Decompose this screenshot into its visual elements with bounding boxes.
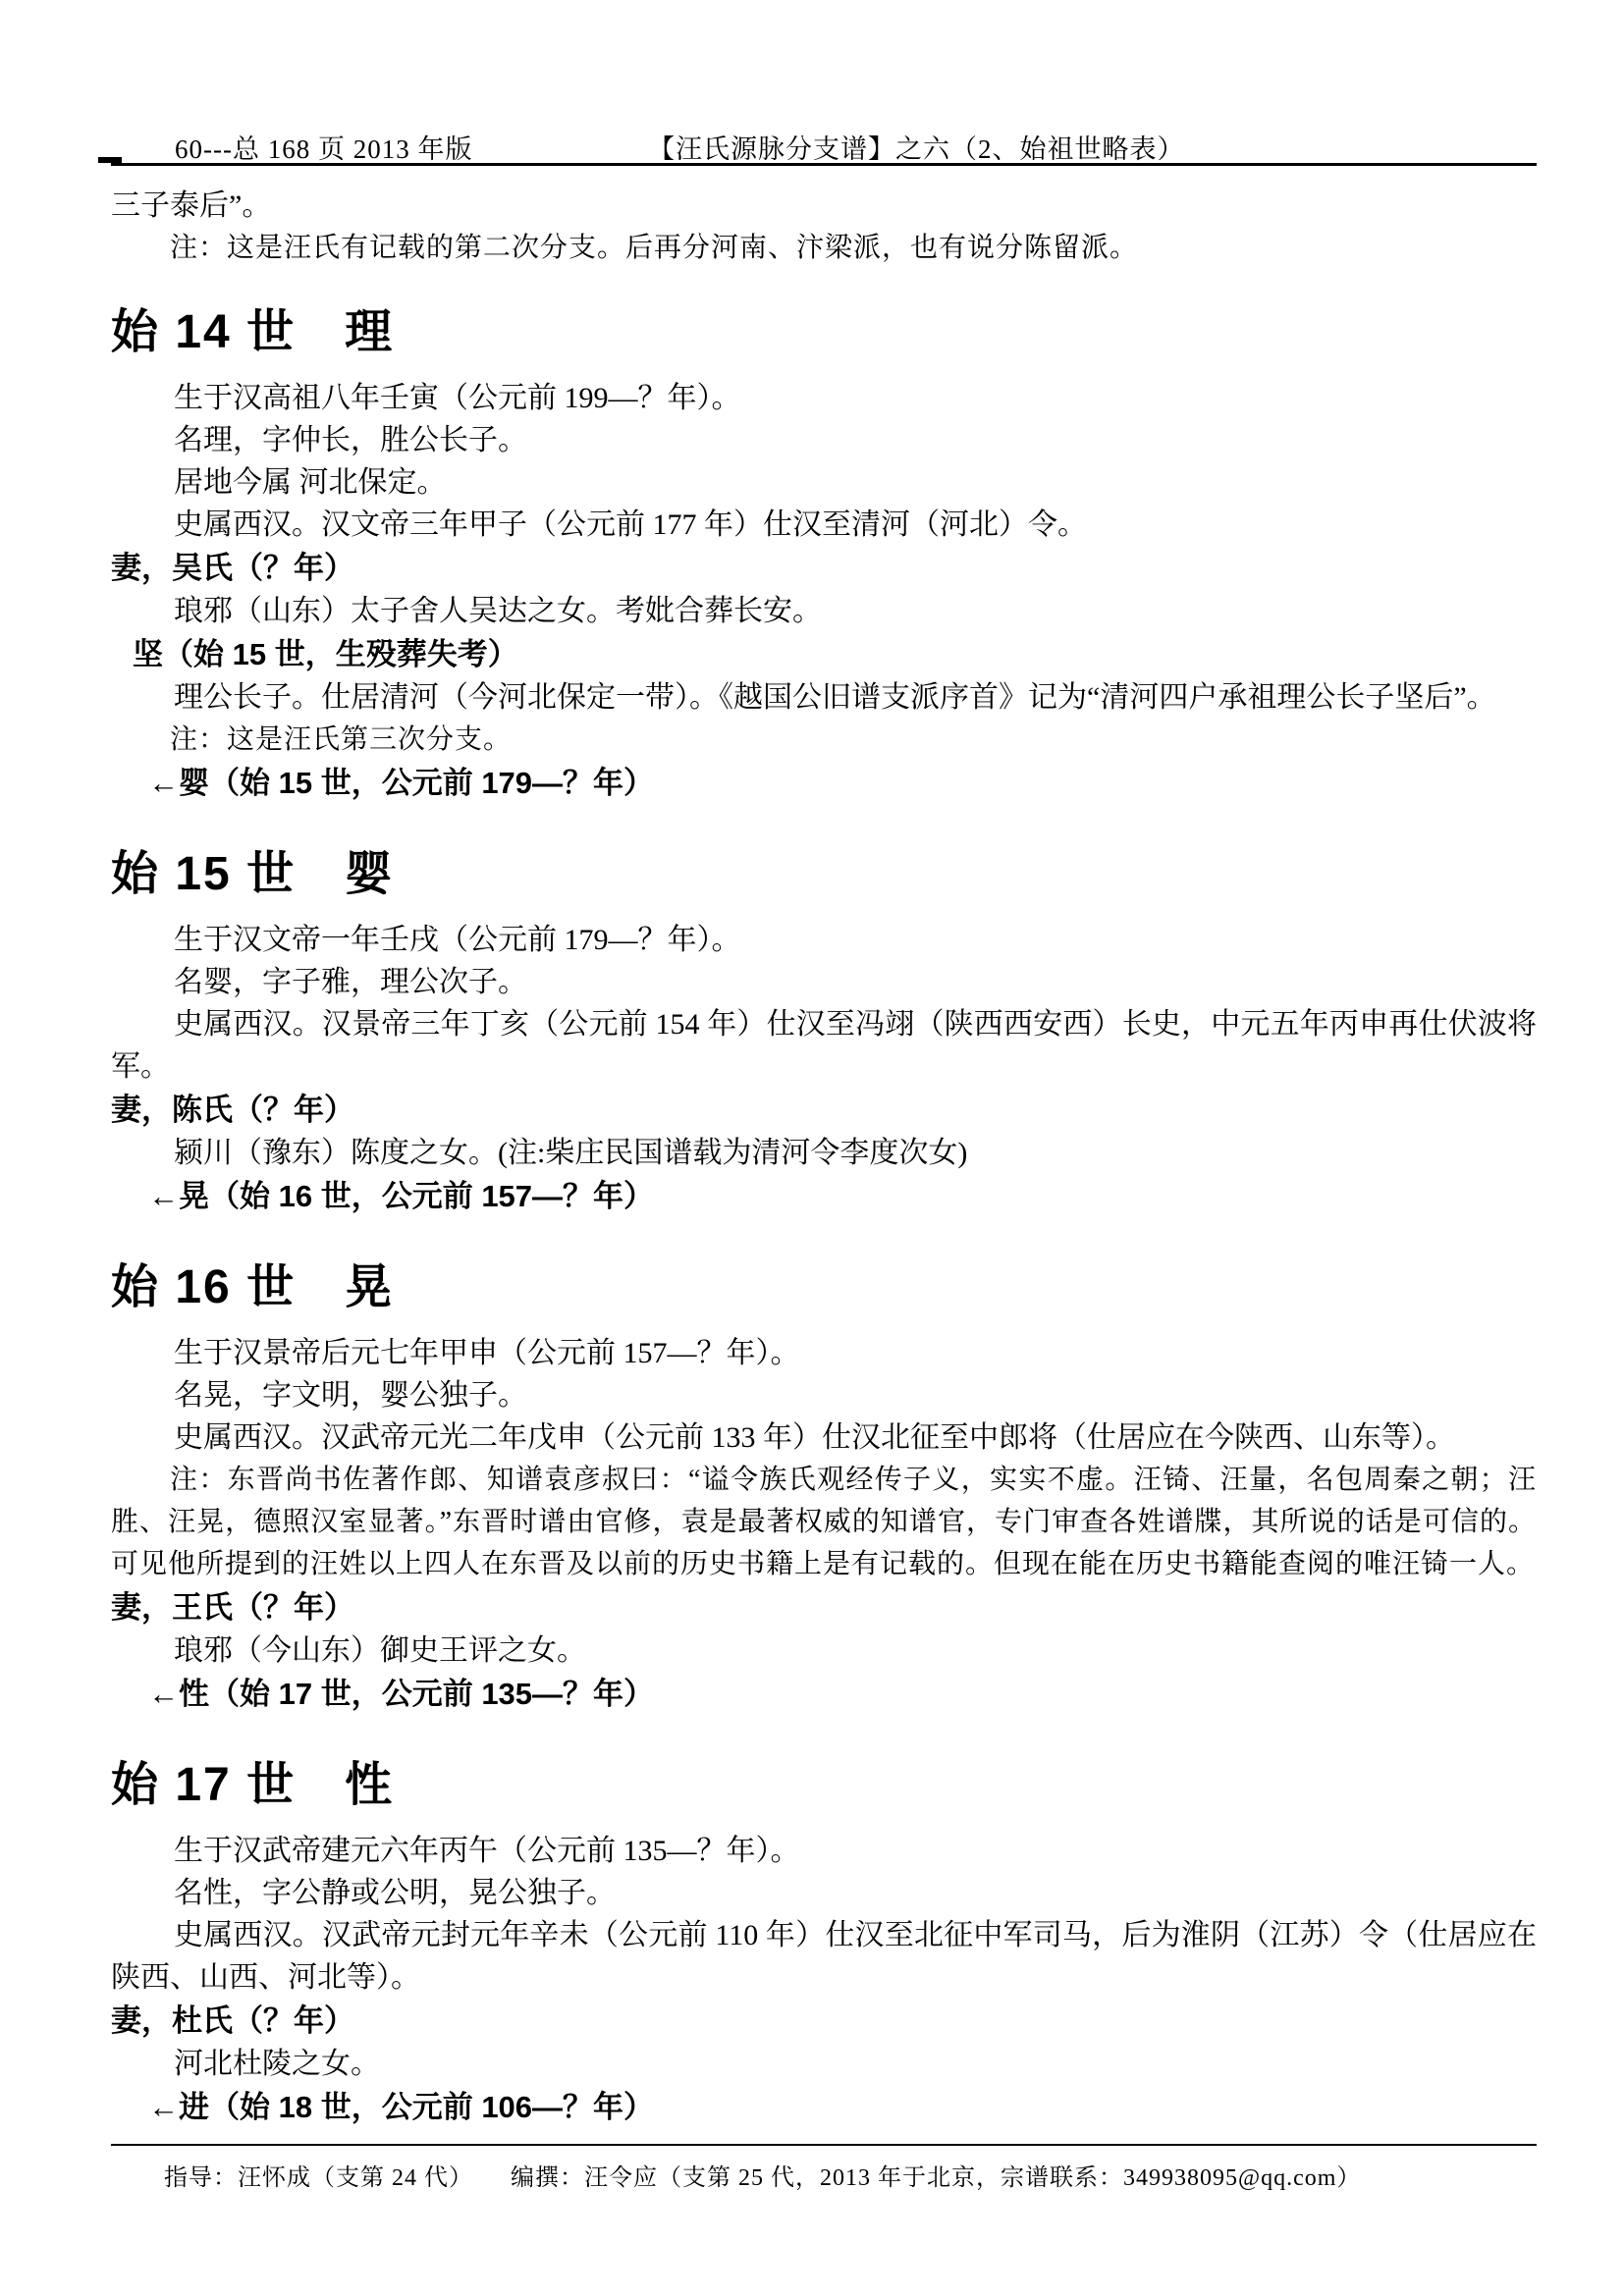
heir-line: ←晃（始 16 世，公元前 157—？年） (111, 1174, 1537, 1218)
name-line: 名婴，字子雅，理公次子。 (111, 961, 1537, 1003)
wife-detail-line: 颍川（豫东）陈度之女。(注:柴庄民国谱载为清河令李度次女) (111, 1132, 1537, 1174)
child-heading: 坚（始 15 世，生殁葬失考） (111, 632, 1537, 676)
generation-section-15: 始 15 世 婴 生于汉文帝一年壬戌（公元前 179—？年）。 名婴，字子雅，理… (111, 848, 1537, 1218)
note-paragraph: 注：东晋尚书佐著作郎、知谱袁彦叔曰：“谥令族氏观经传子义，实实不虚。汪锜、汪量，… (111, 1459, 1537, 1585)
residence-line: 居地今属 河北保定。 (111, 461, 1537, 504)
section-heading: 始 14 世 理 (111, 306, 1537, 359)
book-title: 【汪氏源脉分支谱】之六（2、始祖世略表） (648, 128, 1185, 166)
page-number-label: 60---总 168 页 2013 年版 (175, 128, 472, 166)
section-heading: 始 15 世 婴 (111, 848, 1537, 901)
wife-heading: 妻，吴氏（？年） (111, 546, 1537, 590)
section-heading: 始 16 世 晃 (111, 1261, 1537, 1314)
birth-line: 生于汉文帝一年壬戌（公元前 179—？年）。 (111, 919, 1537, 961)
credits-line: 指导：汪怀成（支第 24 代） 编撰：汪令应（支第 25 代，2013 年于北京… (164, 2158, 1361, 2192)
office-line: 史属西汉。汉景帝三年丁亥（公元前 154 年）仕汉至冯翊（陕西西安西）长史，中元… (111, 1003, 1537, 1088)
note-line: 注：这是汪氏有记载的第二次分支。后再分河南、汴梁派，也有说分陈留派。 (111, 227, 1537, 269)
note-line: 注：这是汪氏第三次分支。 (111, 719, 1537, 761)
office-line: 史属西汉。汉武帝元封元年辛未（公元前 110 年）仕汉至北征中军司马，后为淮阴（… (111, 1914, 1537, 1999)
birth-line: 生于汉景帝后元七年甲申（公元前 157—？年）。 (111, 1332, 1537, 1374)
birth-line: 生于汉高祖八年壬寅（公元前 199—？年）。 (111, 377, 1537, 419)
wife-heading: 妻，杜氏（？年） (111, 1999, 1537, 2043)
generation-section-16: 始 16 世 晃 生于汉景帝后元七年甲申（公元前 157—？年）。 名晃，字文明… (111, 1261, 1537, 1716)
wife-heading: 妻，王氏（？年） (111, 1585, 1537, 1629)
birth-line: 生于汉武帝建元六年丙午（公元前 135—？年）。 (111, 1830, 1537, 1872)
generation-section-17: 始 17 世 性 生于汉武帝建元六年丙午（公元前 135—？年）。 名性，字公静… (111, 1759, 1537, 2129)
heir-line: ←性（始 17 世，公元前 135—？年） (111, 1672, 1537, 1716)
wife-detail-line: 琅邪（今山东）御史王评之女。 (111, 1629, 1537, 1672)
name-line: 名理，字仲长，胜公长子。 (111, 419, 1537, 461)
page-body: 三子泰后”。 注：这是汪氏有记载的第二次分支。后再分河南、汴梁派，也有说分陈留派… (111, 185, 1537, 2129)
name-line: 名晃，字文明，婴公独子。 (111, 1374, 1537, 1416)
name-line: 名性，字公静或公明，晃公独子。 (111, 1872, 1537, 1914)
genealogy-page: 60---总 168 页 2013 年版 【汪氏源脉分支谱】之六（2、始祖世略表… (0, 0, 1624, 2296)
section-heading: 始 17 世 性 (111, 1759, 1537, 1812)
wife-detail-line: 河北杜陵之女。 (111, 2043, 1537, 2085)
carryover-line: 三子泰后”。 (111, 185, 1537, 227)
generation-section-14: 始 14 世 理 生于汉高祖八年壬寅（公元前 199—？年）。 名理，字仲长，胜… (111, 306, 1537, 805)
wife-heading: 妻，陈氏（？年） (111, 1088, 1537, 1132)
footer-divider (111, 2144, 1537, 2146)
header-divider (111, 163, 1537, 166)
office-line: 史属西汉。汉武帝元光二年戊申（公元前 133 年）仕汉北征至中郎将（仕居应在今陕… (111, 1416, 1537, 1459)
wife-detail-line: 琅邪（山东）太子舍人吴达之女。考妣合葬长安。 (111, 590, 1537, 632)
heir-line: ←婴（始 15 世，公元前 179—？年） (111, 761, 1537, 805)
child-detail-line: 理公长子。仕居清河（今河北保定一带）。《越国公旧谱支派序首》记为“清河四户承祖理… (111, 676, 1537, 719)
office-line: 史属西汉。汉文帝三年甲子（公元前 177 年）仕汉至清河（河北）令。 (111, 504, 1537, 546)
heir-line: ←进（始 18 世，公元前 106—？年） (111, 2085, 1537, 2129)
